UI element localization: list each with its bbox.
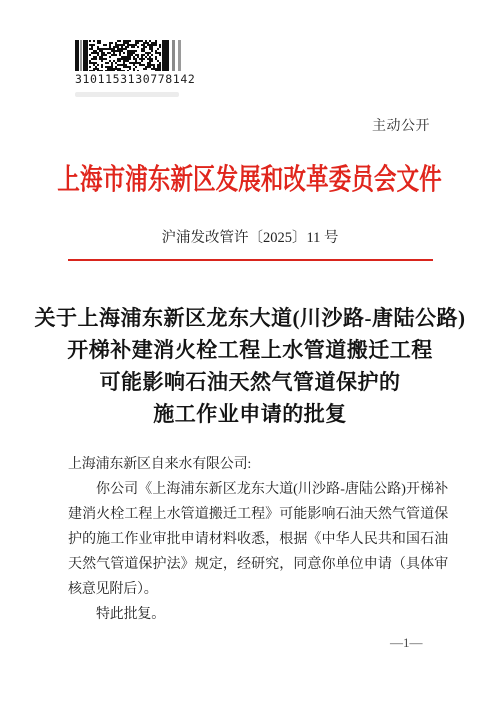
disclosure-label: 主动公开 bbox=[372, 115, 430, 135]
barcode-number: 3101153130778142 bbox=[75, 72, 195, 86]
page-number: —1— bbox=[390, 635, 423, 651]
document-title-line-1: 关于上海浦东新区龙东大道(川沙路-唐陆公路) bbox=[0, 302, 500, 334]
document-title-line-2: 开梯补建消火栓工程上水管道搬迁工程 bbox=[0, 334, 500, 366]
letterhead-row: 上海市浦东新区发展和改革委员会文件 bbox=[0, 157, 500, 198]
letterhead-rule bbox=[68, 259, 433, 261]
official-document-page: 3101153130778142 主动公开 上海市浦东新区发展和改革委员会文件 … bbox=[0, 0, 500, 707]
document-title: 关于上海浦东新区龙东大道(川沙路-唐陆公路) 开梯补建消火栓工程上水管道搬迁工程… bbox=[0, 302, 500, 430]
barcode-icon bbox=[75, 40, 183, 71]
scan-smudge-artifact bbox=[75, 92, 179, 97]
body-paragraph-2: 特此批复。 bbox=[68, 602, 448, 627]
document-title-line-4: 施工作业申请的批复 bbox=[0, 398, 500, 430]
letterhead-org-title: 上海市浦东新区发展和改革委员会文件 bbox=[58, 157, 443, 198]
body-paragraph-1: 你公司《上海浦东新区龙东大道(川沙路-唐陆公路)开梯补建消火栓工程上水管道搬迁工… bbox=[68, 477, 448, 602]
salutation: 上海浦东新区自来水有限公司: bbox=[68, 452, 448, 477]
barcode-block: 3101153130778142 bbox=[75, 40, 195, 86]
document-reference-number: 沪浦发改管许〔2025〕11 号 bbox=[0, 226, 500, 247]
document-title-line-3: 可能影响石油天然气管道保护的 bbox=[0, 366, 500, 398]
document-body: 上海浦东新区自来水有限公司: 你公司《上海浦东新区龙东大道(川沙路-唐陆公路)开… bbox=[68, 452, 448, 627]
